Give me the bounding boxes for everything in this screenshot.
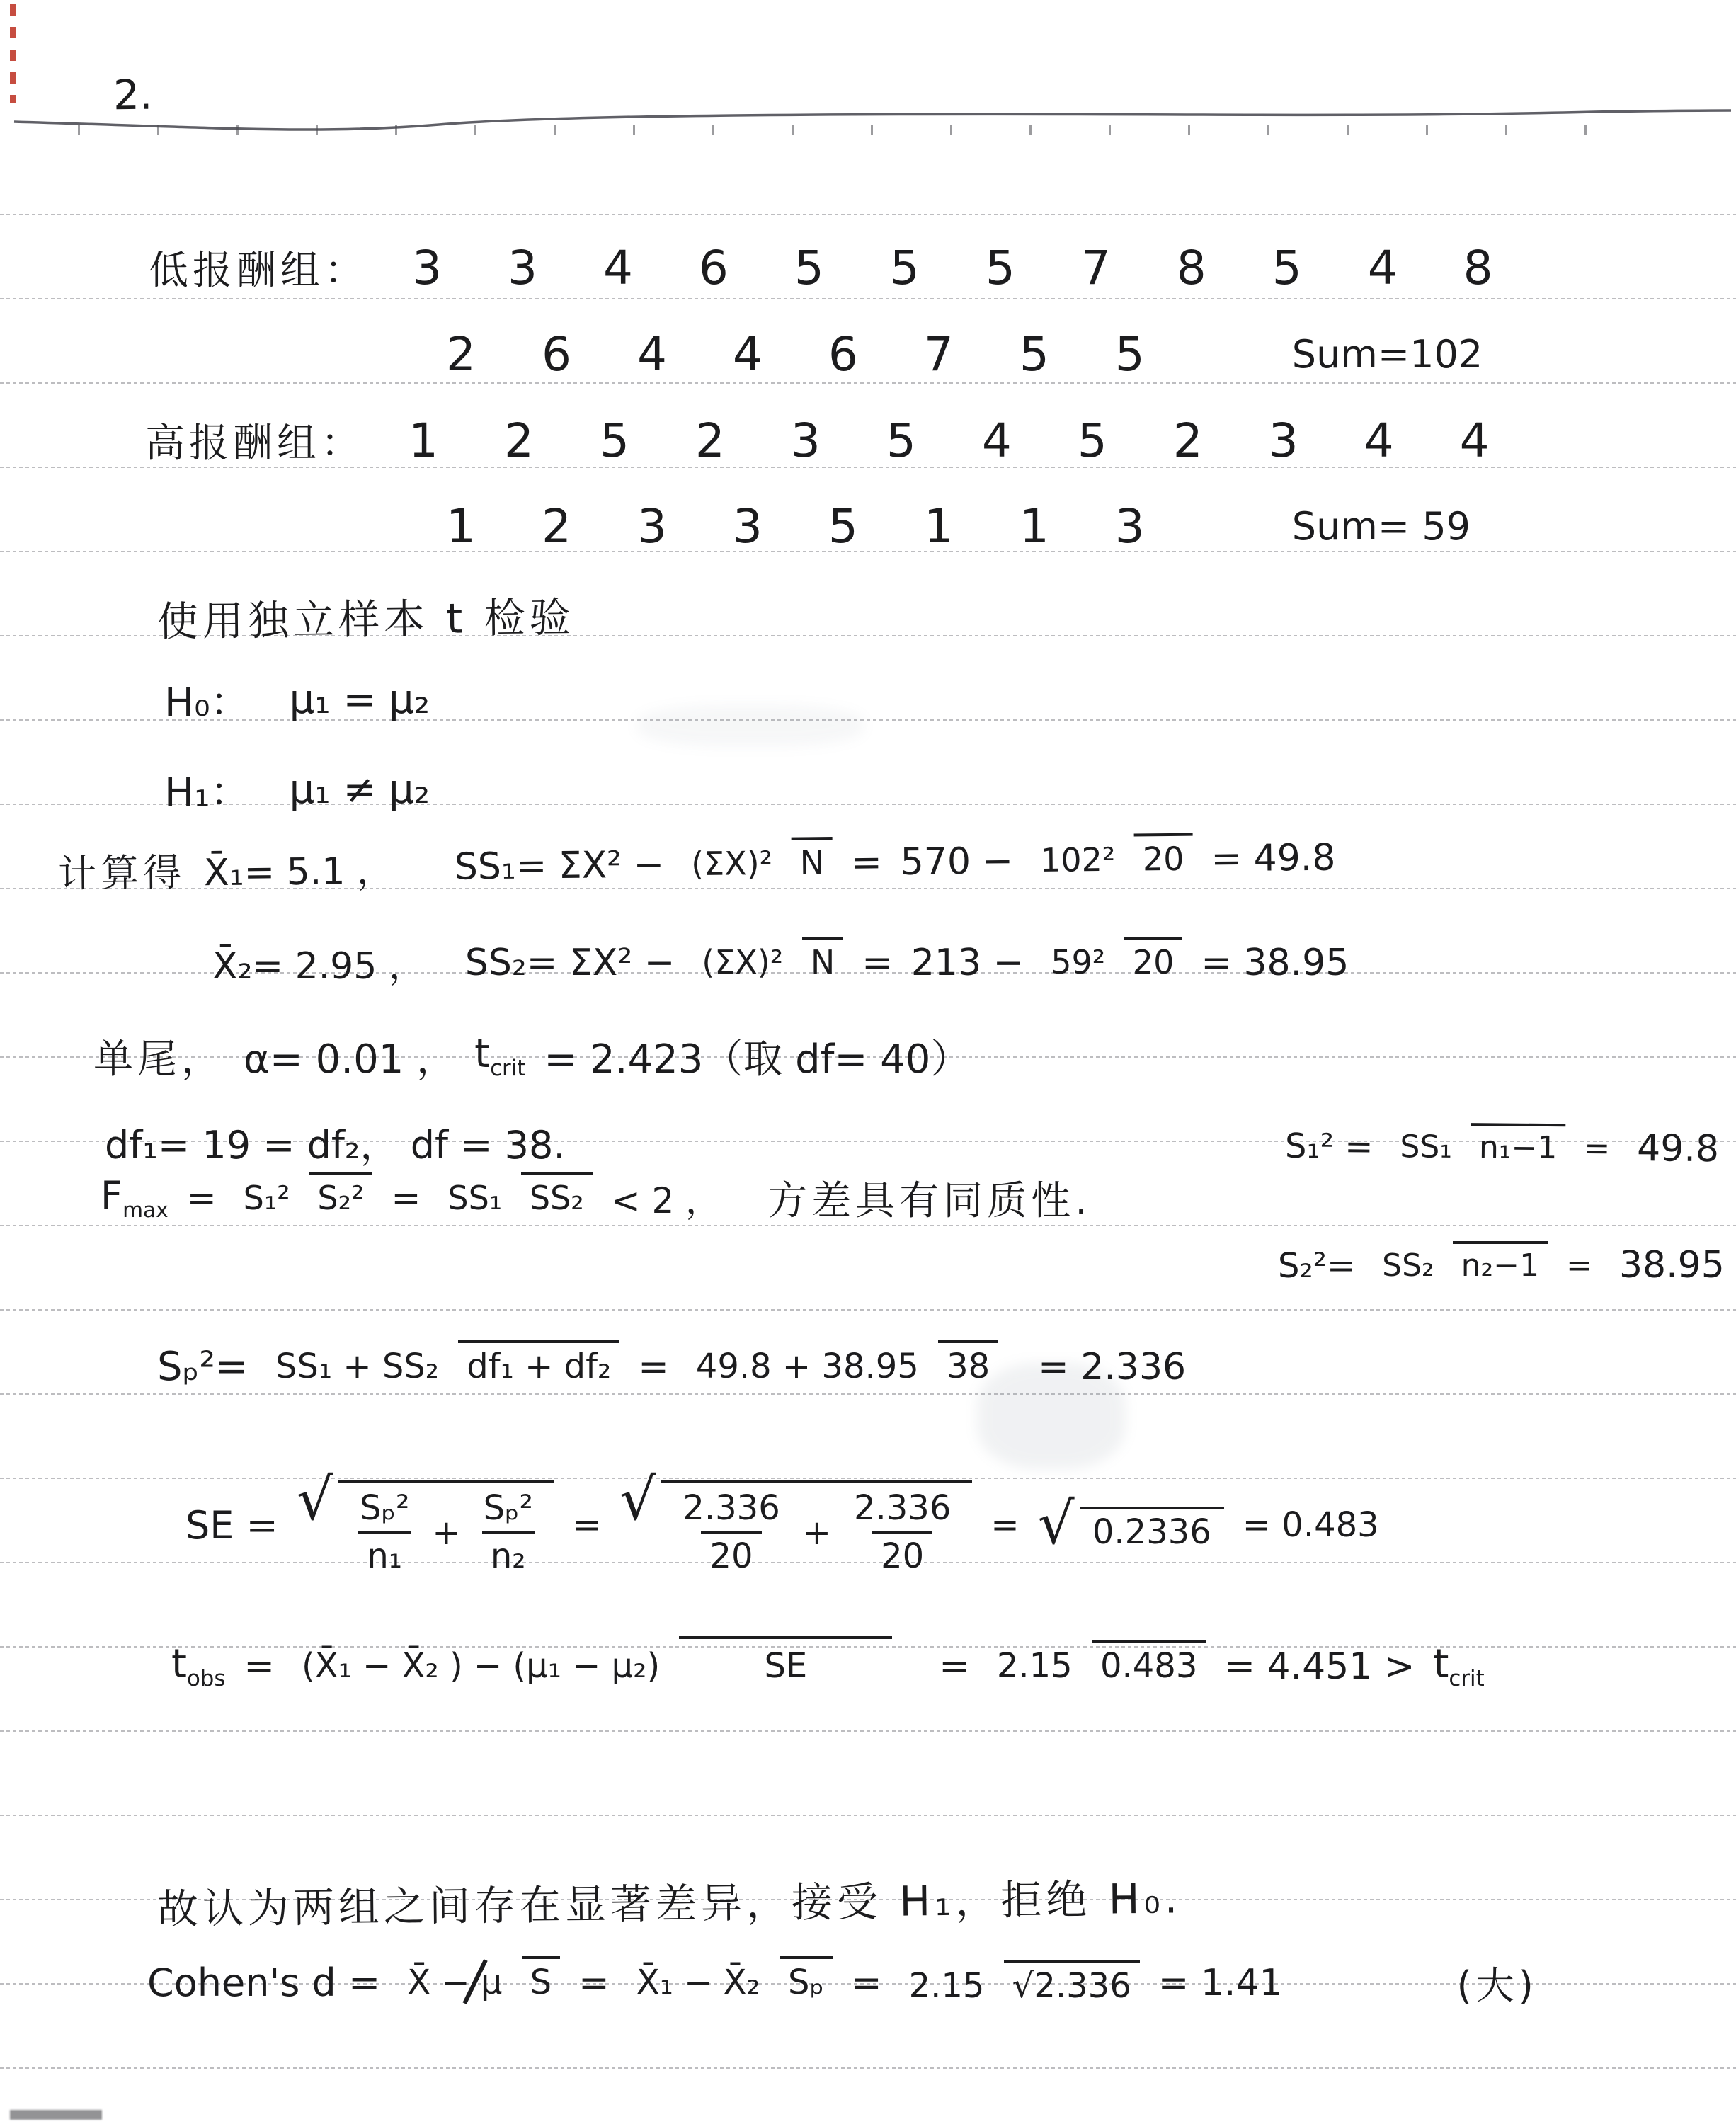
low-group-values-row2: 2 6 4 4 6 7 5 5 — [446, 327, 1146, 382]
tobs-frac1-den: SE — [679, 1636, 892, 1686]
h1-body: μ₁ ≠ μ₂ — [290, 767, 430, 813]
method-text: 使用独立样本 t 检验 — [157, 584, 575, 648]
fmax-sub: max — [122, 1198, 169, 1223]
se-sqrt2-frac1-den: 20 — [701, 1531, 761, 1576]
h0-line: H₀： μ₁ = μ₂ — [164, 671, 430, 728]
fmax-frac2-den: SS₂ — [521, 1172, 593, 1217]
df-text: df₁= 19 = df₂， df = 38. — [105, 1115, 565, 1170]
sp-frac1: SS₁ + SS₂ df₁ + df₂ — [267, 1347, 619, 1386]
se-sqrt1-frac1-num: Sₚ² — [351, 1489, 418, 1531]
s2-eq: = — [1566, 1247, 1592, 1284]
conclusion-text: 故认为两组之间存在显著差异，接受 H₁，拒绝 H₀. — [157, 1865, 1182, 1935]
bottom-edge-smudge — [10, 2110, 102, 2120]
s2-frac2-num: 38.95 — [1611, 1244, 1733, 1289]
s2-frac1-den: n₂−1 — [1453, 1241, 1548, 1284]
s1-frac1-den: n₁−1 — [1471, 1123, 1566, 1166]
s1-frac2-num: 49.8 — [1628, 1127, 1728, 1173]
se-sqrt2-frac1: 2.336 20 — [674, 1489, 788, 1576]
paper-smudge — [637, 704, 864, 747]
low-group-row2: 2 6 4 4 6 7 5 5 Sum=102 — [446, 327, 1483, 382]
se-plus2: + — [803, 1513, 831, 1553]
se-plus1: + — [432, 1513, 460, 1553]
ss2-result: = 38.95 — [1201, 942, 1349, 984]
cohen-line: Cohen's d = X̄ − μ S = X̄₁ − X̄₂ Sₚ = 2.… — [147, 1955, 1538, 2010]
se-result: = 0.483 — [1243, 1505, 1379, 1545]
problem-number-text: 2. — [113, 71, 153, 120]
tobs-term: tobs — [171, 1641, 225, 1691]
tobs-eq1: = — [939, 1645, 970, 1688]
h1-line: H₁： μ₁ ≠ μ₂ — [164, 761, 430, 818]
tobs-frac1: (X̄₁ − X̄₂ ) − (μ₁ − μ₂) SE — [293, 1647, 892, 1686]
tobs-frac2-den: 0.483 — [1092, 1640, 1206, 1686]
cohen-result: = 1.41 — [1158, 1962, 1283, 2004]
tcrit-sub: crit — [490, 1056, 525, 1082]
fmax-frac2: SS₁ SS₂ — [439, 1180, 592, 1217]
s1-line: S₁² = SS₁ n₁−1 = 49.8 19 — [1285, 1125, 1736, 1172]
cohen-lhs: Cohen's d = — [147, 1960, 380, 2005]
cohen-frac3-den: √2.336 — [1004, 1960, 1140, 2006]
cohen-struck-num: X̄ − μ — [399, 1963, 510, 2005]
ss1-lhs: SS₁= ΣX² − — [455, 843, 665, 888]
tcrit-t: t — [474, 1031, 490, 1077]
radical-sign: √ — [1012, 1967, 1034, 2006]
s1-eq: = — [1584, 1131, 1610, 1167]
cohen-frac3: 2.15 √2.336 — [901, 1960, 1140, 2006]
high-group-label: 高报酬组： — [145, 412, 365, 469]
s2-line: S₂²= SS₂ n₂−1 = 38.95 19 — [1278, 1245, 1736, 1287]
se-lhs: SE = — [185, 1503, 278, 1548]
ss2-mid: 213 − — [911, 942, 1024, 984]
ss2-lhs: SS₂= ΣX² − — [465, 942, 675, 984]
se-eq2: = — [990, 1505, 1019, 1545]
low-group-sum: Sum=102 — [1292, 332, 1483, 377]
cohen-eq1: = — [578, 1962, 610, 2004]
ss2-frac2: 59² 20 — [1042, 944, 1182, 981]
low-group-values-row1: 3 3 4 6 5 5 5 7 8 5 4 8 — [412, 241, 1495, 295]
se-sqrt1-frac2: Sₚ² n₂ — [475, 1489, 542, 1576]
tobs-sub: obs — [187, 1666, 225, 1691]
conclusion-line: 故认为两组之间存在显著差异，接受 H₁，拒绝 H₀. — [157, 1865, 1182, 1935]
se-sqrt3-body: 0.2336 — [1092, 1512, 1211, 1552]
sp-line: Sₚ²= SS₁ + SS₂ df₁ + df₂ = 49.8 + 38.95 … — [157, 1344, 1186, 1390]
se-sqrt1-frac1: Sₚ² n₁ — [351, 1489, 418, 1576]
tobs-tcrit-term: tcrit — [1433, 1641, 1484, 1691]
fmax-note: 方差具有同质性. — [767, 1170, 1092, 1226]
ss1-mean: X̄₁= 5.1 ， — [204, 840, 394, 896]
method-line: 使用独立样本 t 检验 — [157, 584, 575, 648]
sp-frac2-den: 38 — [938, 1340, 998, 1386]
alpha-line: 单尾， α= 0.01 ， tcrit = 2.423（取 df= 40） — [93, 1028, 970, 1085]
h0-label: H₀： — [164, 671, 250, 728]
sp-frac2-num: 49.8 + 38.95 — [687, 1347, 927, 1389]
tobs-t2-sub: crit — [1449, 1666, 1484, 1691]
fmax-line: Fmax = S₁² S₂² = SS₁ SS₂ < 2 ， 方差具有同质性. — [101, 1170, 1092, 1226]
sp-result: = 2.336 — [1038, 1346, 1186, 1388]
cohen-struck-frac: X̄ − μ S — [399, 1963, 560, 2002]
df-line: df₁= 19 = df₂， df = 38. — [105, 1115, 565, 1170]
fmax-f: F — [101, 1173, 122, 1218]
alpha-rest: = 2.423（取 df= 40） — [544, 1028, 970, 1085]
se-sqrt2-frac1-num: 2.336 — [674, 1489, 788, 1531]
ss1-frac2-num: 102² — [1032, 840, 1124, 882]
cohen-frac3-num: 2.15 — [901, 1966, 993, 2009]
sp-frac1-den: df₁ + df₂ — [458, 1340, 619, 1386]
ss1-frac1-den: N — [791, 837, 833, 882]
ss2-frac1-num: (ΣX)² — [693, 943, 792, 984]
high-group-sum: Sum= 59 — [1292, 504, 1471, 549]
sp-lhs: Sₚ²= — [157, 1344, 249, 1390]
s1-frac1-num: SS₁ — [1391, 1129, 1461, 1168]
tobs-eq0: = — [244, 1645, 275, 1688]
ss1-frac2-den: 20 — [1134, 833, 1193, 879]
low-group-row1: 低报酬组： 3 3 4 6 5 5 5 7 8 5 4 8 — [149, 239, 1495, 296]
notebook-page: 2. 低报酬组： 3 3 4 6 5 5 5 7 8 5 4 8 2 6 4 4… — [0, 0, 1736, 2124]
cohen-eq2: = — [851, 1962, 882, 2004]
ss2-frac2-den: 20 — [1124, 937, 1183, 981]
fmax-frac1: S₁² S₂² — [235, 1180, 373, 1217]
red-edge-marks — [10, 4, 16, 103]
fmax-frac2-num: SS₁ — [439, 1179, 510, 1220]
cohen-frac2-den: Sₚ — [780, 1956, 833, 2002]
s2-frac1: SS₂ n₂−1 — [1374, 1248, 1548, 1284]
radical-sign: √ — [1038, 1490, 1075, 1558]
fmax-frac1-num: S₁² — [235, 1179, 299, 1220]
fmax-term: Fmax — [101, 1173, 169, 1223]
h1-label: H₁： — [164, 761, 250, 818]
tobs-eq2: = 4.451 > — [1224, 1645, 1415, 1688]
fmax-frac1-den: S₂² — [309, 1172, 372, 1217]
h0-body: μ₁ = μ₂ — [290, 677, 430, 723]
se-line: SE = √ Sₚ² n₁ + Sₚ² n₂ = √ 2.336 2 — [185, 1474, 1379, 1576]
tobs-t: t — [171, 1641, 187, 1687]
tobs-line: tobs = (X̄₁ − X̄₂ ) − (μ₁ − μ₂) SE = 2.1… — [171, 1641, 1485, 1691]
fmax-lt: < 2 ， — [611, 1172, 721, 1223]
ss1-result: = 49.8 — [1211, 836, 1336, 880]
s2-frac1-num: SS₂ — [1374, 1247, 1443, 1286]
se-sqrt3: √ 0.2336 — [1038, 1498, 1224, 1552]
s1-lhs: S₁² = — [1285, 1126, 1374, 1167]
se-sqrt2-frac2-num: 2.336 — [845, 1489, 959, 1531]
high-group-values-row1: 1 2 5 2 3 5 4 5 2 3 4 4 — [409, 413, 1491, 468]
alpha-prefix: 单尾， — [93, 1028, 225, 1085]
se-sqrt1-frac2-den: n₂ — [482, 1531, 535, 1576]
high-group-row2: 1 2 3 3 5 1 1 3 Sum= 59 — [446, 499, 1471, 554]
problem-number: 2. — [113, 71, 153, 120]
sp-frac1-num: SS₁ + SS₂ — [267, 1347, 447, 1389]
ss2-frac2-num: 59² — [1042, 943, 1114, 984]
ss2-line: X̄₂= 2.95 ， SS₂= ΣX² − (ΣX)² N = 213 − 5… — [212, 936, 1349, 989]
cohen-note: (大) — [1457, 1955, 1538, 2010]
ss2-eq: = — [862, 942, 893, 984]
ss2-frac1: (ΣX)² N — [693, 944, 843, 981]
cohen-frac2-num: X̄₁ − X̄₂ — [628, 1963, 769, 2005]
se-sqrt1-frac1-den: n₁ — [358, 1531, 411, 1576]
se-sqrt1: √ Sₚ² n₁ + Sₚ² n₂ — [297, 1474, 554, 1576]
sp-eq1: = — [638, 1346, 669, 1388]
ss1-frac2: 102² 20 — [1032, 840, 1193, 879]
tcrit-term: tcrit — [474, 1031, 525, 1081]
ss1-eq: = — [851, 841, 882, 884]
ss1-prefix: 计算得 — [58, 843, 186, 898]
tobs-t2: t — [1433, 1641, 1449, 1687]
radical-sign: √ — [619, 1466, 656, 1534]
low-group-label: 低报酬组： — [149, 239, 368, 296]
se-sqrt2-frac2: 2.336 20 — [845, 1489, 959, 1576]
fmax-eq1: = — [187, 1177, 217, 1218]
ss1-frac1: (ΣX)² N — [683, 844, 833, 883]
s1-frac1: SS₁ n₁−1 — [1391, 1129, 1565, 1167]
ss1-frac1-num: (ΣX)² — [683, 844, 782, 886]
cohen-struck-den: S — [522, 1956, 560, 2002]
sp-frac2: 49.8 + 38.95 38 — [687, 1347, 998, 1386]
high-group-row1: 高报酬组： 1 2 5 2 3 5 4 5 2 3 4 4 — [145, 412, 1491, 469]
ss2-frac1-den: N — [802, 937, 843, 981]
radical-sign: √ — [297, 1466, 333, 1534]
s2-lhs: S₂²= — [1278, 1246, 1355, 1286]
cohen-frac3-den-value: 2.336 — [1034, 1967, 1131, 2006]
ss1-mid: 570 − — [900, 840, 1013, 884]
s1-frac2: 49.8 19 — [1628, 1128, 1736, 1172]
s2-frac2: 38.95 19 — [1611, 1245, 1736, 1287]
se-sqrt1-frac2-num: Sₚ² — [475, 1489, 542, 1531]
tobs-frac2-num: 2.15 — [988, 1646, 1081, 1689]
tobs-frac1-num: (X̄₁ − X̄₂ ) − (μ₁ − μ₂) — [293, 1646, 668, 1689]
tobs-frac2: 2.15 0.483 — [988, 1647, 1206, 1686]
alpha-value: α= 0.01 ， — [244, 1028, 456, 1085]
ss2-mean: X̄₂= 2.95 ， — [212, 936, 426, 989]
high-group-values-row2: 1 2 3 3 5 1 1 3 — [446, 499, 1146, 554]
fmax-eq2: = — [391, 1177, 421, 1218]
cohen-frac2: X̄₁ − X̄₂ Sₚ — [628, 1963, 833, 2002]
se-sqrt2: √ 2.336 20 + 2.336 20 — [619, 1474, 972, 1576]
se-sqrt2-frac2-den: 20 — [872, 1531, 932, 1576]
se-eq1: = — [573, 1505, 601, 1545]
